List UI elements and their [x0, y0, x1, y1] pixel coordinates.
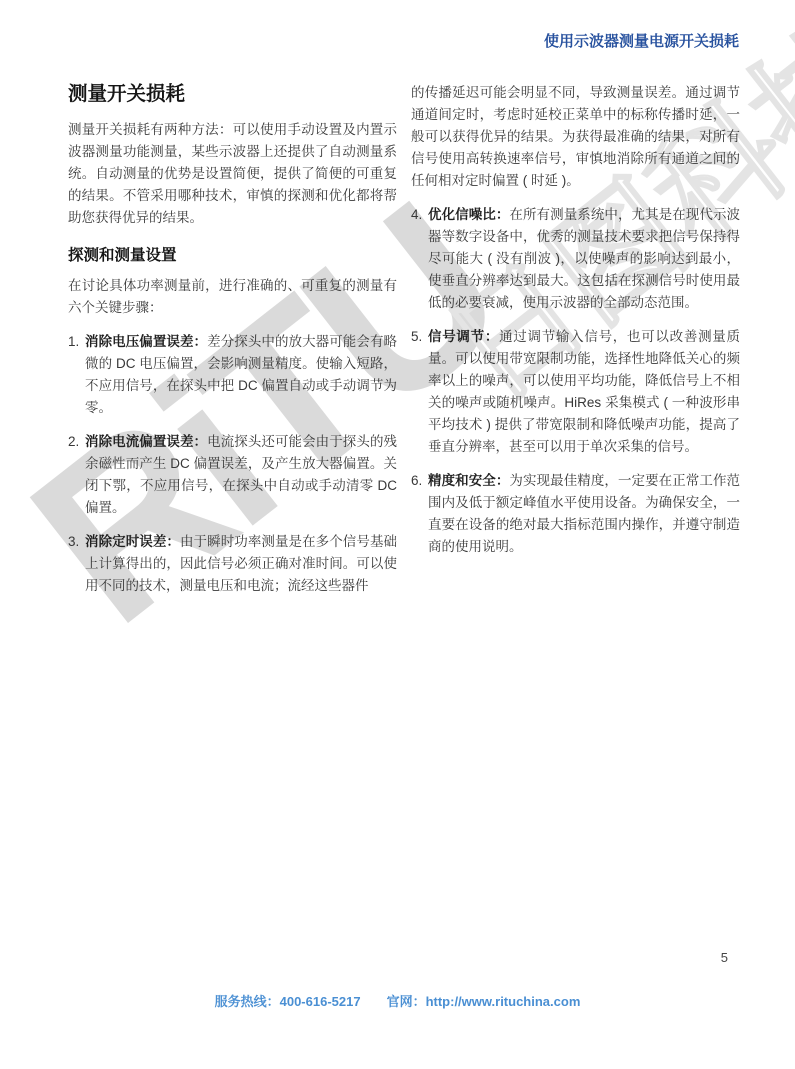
intro-paragraph: 测量开关损耗有两种方法：可以使用手动设置及内置示波器测量功能测量，某些示波器上还…: [68, 119, 397, 229]
list-item-number: 3.: [68, 531, 79, 553]
page-title: 测量开关损耗: [68, 82, 397, 106]
continuation-paragraph: 的传播延迟可能会明显不同，导致测量误差。通过调节通道间定时，考虑时延校正菜单中的…: [411, 82, 740, 192]
list-item-6: 6.精度和安全：为实现最佳精度，一定要在正常工作范围内及低于额定峰值水平使用设备…: [411, 470, 740, 558]
list-item-5: 5.信号调节：通过调节输入信号，也可以改善测量质量。可以使用带宽限制功能，选择性…: [411, 326, 740, 458]
list-item-text: 在所有测量系统中，尤其是在现代示波器等数字设备中，优秀的测量技术要求把信号保持得…: [428, 207, 740, 310]
section-heading: 探测和测量设置: [68, 246, 397, 266]
page-number: 5: [721, 950, 728, 965]
list-item-number: 6.: [411, 470, 422, 492]
footer-website-link[interactable]: 官网：http://www.rituchina.com: [387, 994, 581, 1009]
left-column: 测量开关损耗 测量开关损耗有两种方法：可以使用手动设置及内置示波器测量功能测量，…: [68, 82, 397, 597]
list-item-1: 1.消除电压偏置误差：差分探头中的放大器可能会有略微的 DC 电压偏置，会影响测…: [68, 331, 397, 419]
list-item-label: 消除电压偏置误差：: [85, 334, 207, 349]
list-item-label: 精度和安全：: [428, 473, 509, 488]
list-item-4: 4.优化信噪比：在所有测量系统中，尤其是在现代示波器等数字设备中，优秀的测量技术…: [411, 204, 740, 314]
list-item-2: 2.消除电流偏置误差：电流探头还可能会由于探头的残余磁性而产生 DC 偏置误差，…: [68, 431, 397, 519]
list-item-label: 信号调节：: [428, 329, 499, 344]
list-item-label: 优化信噪比：: [428, 207, 509, 222]
page-footer: 服务热线：400-616-5217官网：http://www.rituchina…: [0, 991, 795, 1010]
list-item-3: 3.消除定时误差：由于瞬时功率测量是在多个信号基础上计算得出的，因此信号必须正确…: [68, 531, 397, 597]
list-item-number: 2.: [68, 431, 79, 453]
footer-hotline: 服务热线：400-616-5217: [215, 994, 361, 1009]
list-item-label: 消除定时误差：: [85, 534, 180, 549]
page-header-title: 使用示波器测量电源开关损耗: [544, 30, 739, 51]
section-intro-paragraph: 在讨论具体功率测量前，进行准确的、可重复的测量有六个关键步骤：: [68, 275, 397, 319]
list-item-text: 通过调节输入信号，也可以改善测量质量。可以使用带宽限制功能，选择性地降低关心的频…: [428, 329, 740, 454]
list-item-number: 1.: [68, 331, 79, 353]
list-item-number: 5.: [411, 326, 422, 348]
list-item-number: 4.: [411, 204, 422, 226]
document-page: RiTU 日图科技 使用示波器测量电源开关损耗 测量开关损耗 测量开关损耗有两种…: [0, 0, 795, 1069]
right-column: 的传播延迟可能会明显不同，导致测量误差。通过调节通道间定时，考虑时延校正菜单中的…: [411, 82, 740, 597]
content-columns: 测量开关损耗 测量开关损耗有两种方法：可以使用手动设置及内置示波器测量功能测量，…: [68, 82, 740, 597]
list-item-label: 消除电流偏置误差：: [85, 434, 207, 449]
